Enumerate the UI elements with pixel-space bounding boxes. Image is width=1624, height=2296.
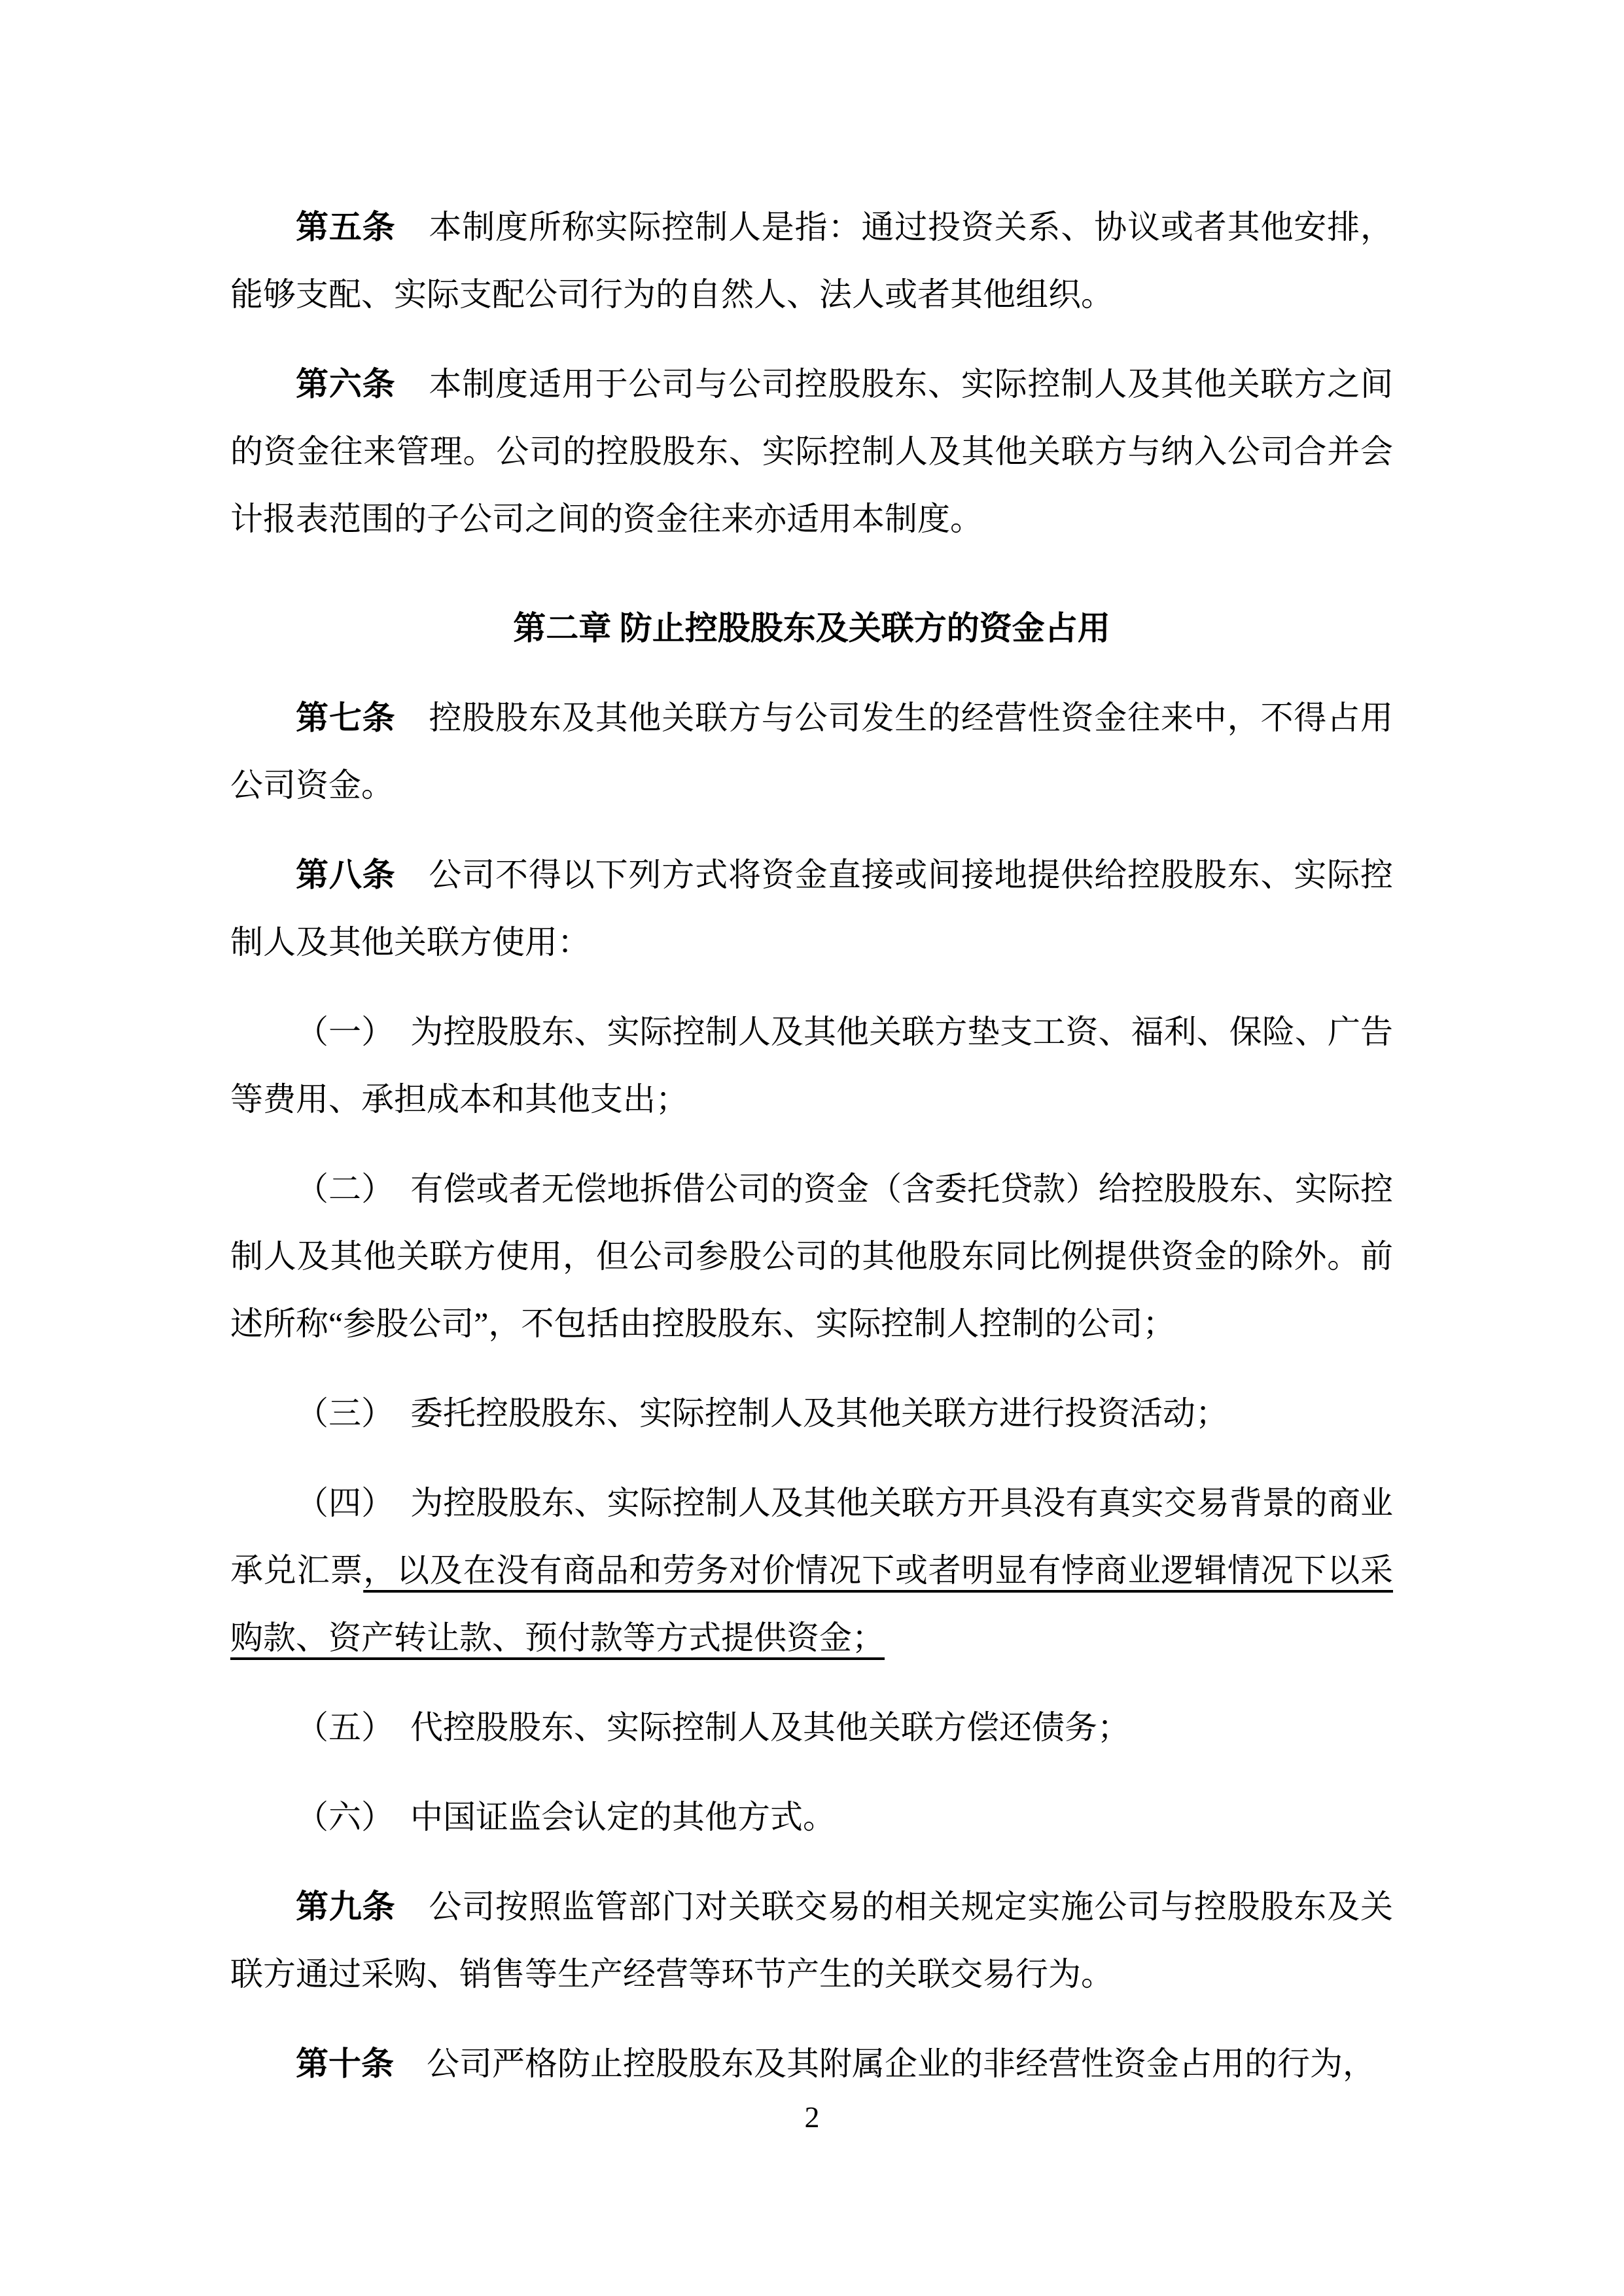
article-5-paragraph: 第五条 本制度所称实际控制人是指：通过投资关系、协议或者其他安排，能够支配、实际… (230, 194, 1393, 328)
article-7-text: 控股股东及其他关联方与公司发生的经营性资金往来中，不得占用公司资金。 (230, 699, 1393, 804)
item-4-underlined-text: ，以及在没有商品和劳务对价情况下或者明显有悖商业逻辑情况下以采购款、资产转让款、… (230, 1552, 1393, 1656)
page-number: 2 (0, 2098, 1624, 2137)
article-9-label: 第九条 (296, 1888, 396, 1925)
article-5-label: 第五条 (296, 209, 396, 245)
item-2-text: （二） 有偿或者无偿地拆借公司的资金（含委托贷款）给控股股东、实际控制人及其他关… (230, 1171, 1393, 1342)
article-6-paragraph: 第六条 本制度适用于公司与公司控股股东、实际控制人及其他关联方之间的资金往来管理… (230, 351, 1393, 553)
article-8-label: 第八条 (296, 857, 396, 893)
chapter-2-heading: 第二章 防止控股股东及关联方的资金占用 (230, 595, 1393, 662)
article-6-text: 本制度适用于公司与公司控股股东、实际控制人及其他关联方之间的资金往来管理。公司的… (230, 366, 1393, 537)
item-6-paragraph: （六） 中国证监会认定的其他方式。 (230, 1784, 1393, 1851)
article-10-paragraph: 第十条 公司严格防止控股股东及其附属企业的非经营性资金占用的行为， (230, 2030, 1393, 2098)
item-5-paragraph: （五） 代控股股东、实际控制人及其他关联方偿还债务； (230, 1694, 1393, 1761)
item-3-text: （三） 委托控股股东、实际控制人及其他关联方进行投资活动； (296, 1395, 1228, 1432)
article-8-paragraph: 第八条 公司不得以下列方式将资金直接或间接地提供给控股股东、实际控制人及其他关联… (230, 841, 1393, 976)
article-8-text: 公司不得以下列方式将资金直接或间接地提供给控股股东、实际控制人及其他关联方使用： (230, 857, 1393, 961)
item-4-paragraph: （四） 为控股股东、实际控制人及其他关联方开具没有真实交易背景的商业承兑汇票，以… (230, 1470, 1393, 1672)
article-5-text: 本制度所称实际控制人是指：通过投资关系、协议或者其他安排，能够支配、实际支配公司… (230, 209, 1393, 313)
article-10-label: 第十条 (296, 2045, 394, 2082)
article-7-paragraph: 第七条 控股股东及其他关联方与公司发生的经营性资金往来中，不得占用公司资金。 (230, 684, 1393, 819)
document-body: 第五条 本制度所称实际控制人是指：通过投资关系、协议或者其他安排，能够支配、实际… (230, 194, 1393, 2098)
article-9-text: 公司按照监管部门对关联交易的相关规定实施公司与控股股东及关联方通过采购、销售等生… (230, 1888, 1393, 1992)
item-1-text: （一） 为控股股东、实际控制人及其他关联方垫支工资、福利、保险、广告等费用、承担… (230, 1014, 1393, 1118)
article-9-paragraph: 第九条 公司按照监管部门对关联交易的相关规定实施公司与控股股东及关联方通过采购、… (230, 1873, 1393, 2008)
item-5-text: （五） 代控股股东、实际控制人及其他关联方偿还债务； (296, 1709, 1130, 1746)
item-6-text: （六） 中国证监会认定的其他方式。 (296, 1799, 836, 1835)
article-7-label: 第七条 (296, 699, 396, 736)
item-2-paragraph: （二） 有偿或者无偿地拆借公司的资金（含委托贷款）给控股股东、实际控制人及其他关… (230, 1156, 1393, 1358)
item-1-paragraph: （一） 为控股股东、实际控制人及其他关联方垫支工资、福利、保险、广告等费用、承担… (230, 998, 1393, 1133)
document-page: 第五条 本制度所称实际控制人是指：通过投资关系、协议或者其他安排，能够支配、实际… (0, 0, 1624, 2296)
article-6-label: 第六条 (296, 366, 396, 402)
article-10-text: 公司严格防止控股股东及其附属企业的非经营性资金占用的行为， (394, 2045, 1375, 2082)
item-3-paragraph: （三） 委托控股股东、实际控制人及其他关联方进行投资活动； (230, 1380, 1393, 1447)
